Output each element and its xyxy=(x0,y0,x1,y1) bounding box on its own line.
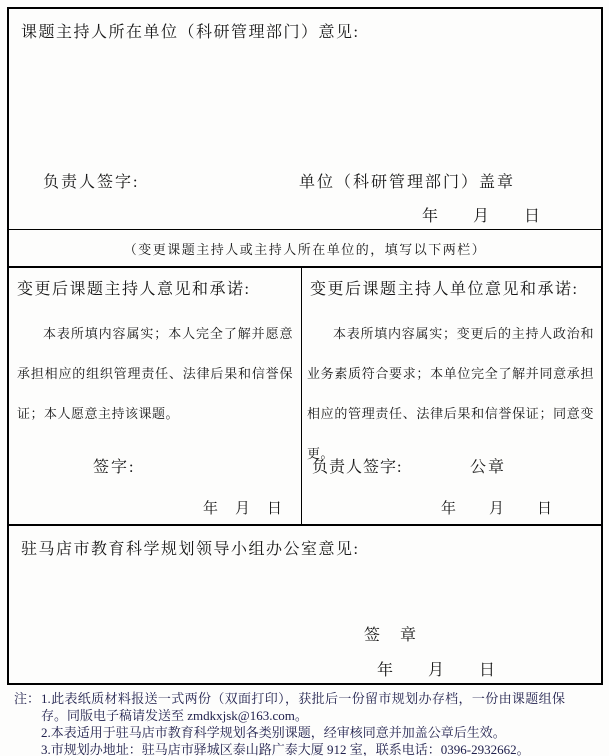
section-unit-opinion: 课题主持人所在单位（科研管理部门）意见: 负责人签字: 单位（科研管理部门）盖章… xyxy=(9,9,601,230)
notes-items: 1.此表纸质材料报送一式两份（双面打印），获批后一份留市规划办存档，一份由课题组… xyxy=(41,690,565,756)
change-notice-text: （变更课题主持人或主持人所在单位的，填写以下两栏） xyxy=(124,239,487,258)
new-leader-statement: 本表所填内容属实；本人完全了解并愿意承担相应的组织管理责任、法律后果和信誉保证；… xyxy=(17,314,293,434)
new-leader-cell: 变更后课题主持人意见和承诺: 本表所填内容属实；本人完全了解并愿意承担相应的组织… xyxy=(9,268,302,524)
office-date-line: 年 月 日 xyxy=(377,657,496,680)
note-item-1: 1.此表纸质材料报送一式两份（双面打印），获批后一份留市规划办存档，一份由课题组… xyxy=(41,690,565,724)
new-leader-unit-date-line: 年 月 日 xyxy=(441,497,553,518)
note-item-2: 2.本表适用于驻马店市教育科学规划各类别课题，经审核同意并加盖公章后生效。 xyxy=(41,724,565,741)
footer-notes: 注： 1.此表纸质材料报送一式两份（双面打印），获批后一份留市规划办存档，一份由… xyxy=(14,690,601,756)
office-seal-label: 签 章 xyxy=(364,622,418,645)
new-leader-unit-sign-label: 负责人签字: xyxy=(312,454,402,477)
new-leader-unit-statement: 本表所填内容属实；变更后的主持人政治和业务素质符合要求；本单位完全了解并同意承担… xyxy=(307,314,594,474)
note-item-3: 3.市规划办地址：驻马店市驿城区泰山路广泰大厦 912 室，联系电话：0396-… xyxy=(41,741,565,756)
unit-sign-label: 负责人签字: xyxy=(43,169,139,192)
new-leader-title: 变更后课题主持人意见和承诺: xyxy=(17,276,250,299)
change-columns-row: 变更后课题主持人意见和承诺: 本表所填内容属实；本人完全了解并愿意承担相应的组织… xyxy=(9,268,601,526)
office-opinion-title: 驻马店市教育科学规划领导小组办公室意见: xyxy=(21,536,359,559)
section-office-opinion: 驻马店市教育科学规划领导小组办公室意见: 签 章 年 月 日 xyxy=(9,526,601,681)
unit-opinion-title: 课题主持人所在单位（科研管理部门）意见: xyxy=(21,19,359,42)
new-leader-date-line: 年 月 日 xyxy=(203,497,283,518)
new-leader-unit-seal-label: 公章 xyxy=(470,454,506,477)
form-table: 课题主持人所在单位（科研管理部门）意见: 负责人签字: 单位（科研管理部门）盖章… xyxy=(7,7,603,685)
new-leader-unit-title: 变更后课题主持人单位意见和承诺: xyxy=(310,276,578,299)
unit-date-line: 年 月 日 xyxy=(422,203,541,226)
change-approval-form-page: { "form": { "section_unit_opinion": { "t… xyxy=(0,0,609,756)
new-leader-sign-label: 签字: xyxy=(93,454,135,477)
notes-prefix: 注： xyxy=(14,690,40,707)
unit-seal-label: 单位（科研管理部门）盖章 xyxy=(299,169,515,192)
change-notice-row: （变更课题主持人或主持人所在单位的，填写以下两栏） xyxy=(9,230,601,268)
new-leader-unit-cell: 变更后课题主持人单位意见和承诺: 本表所填内容属实；变更后的主持人政治和业务素质… xyxy=(302,268,598,524)
